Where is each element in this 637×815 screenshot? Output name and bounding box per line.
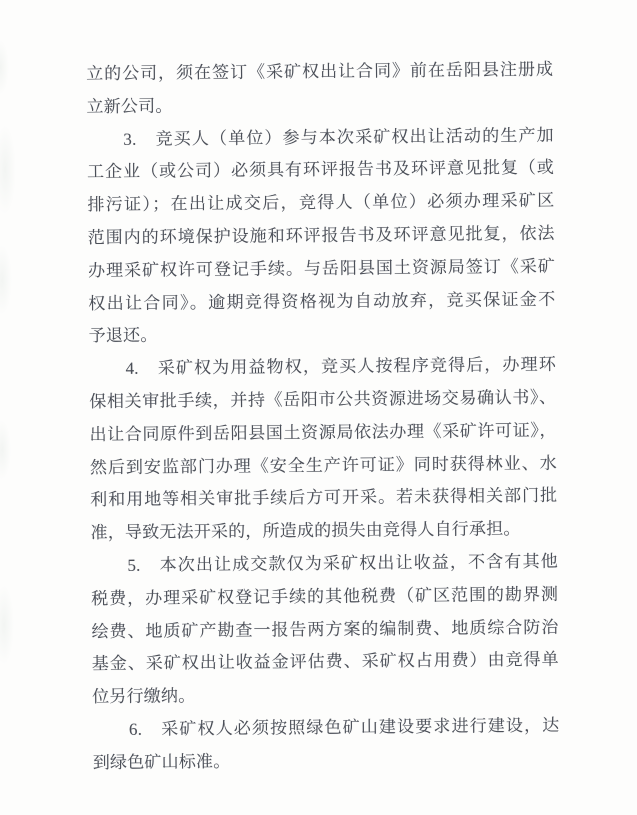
text-line: 4. 采矿权为用益物权，竞买人按程序竞得后，办理环 [89, 349, 556, 386]
scan-artifact [0, 420, 11, 480]
text-line: 3. 竞买人（单位）参与本次采矿权出让活动的生产加 [87, 119, 554, 156]
text-line: 然后到安监部门办理《安全生产许可证》同时获得林业、水 [90, 447, 557, 484]
document-text: 立的公司，须在签订《采矿权出让合同》前在岳阳县注册成立新公司。3. 竞买人（单位… [86, 54, 560, 780]
text-line: 出让合同原件到岳阳县国土资源局依法办理《采矿许可证》， [89, 415, 556, 452]
text-line: 到绿色矿山标准。 [93, 742, 560, 779]
scan-artifact [0, 125, 16, 215]
text-line: 6. 采矿权人必须按照绿色矿山建设要求进行建设，达 [92, 710, 559, 747]
text-line: 5. 本次出让成交款仅为采矿权出让收益，不含有其他 [91, 546, 558, 583]
text-line: 排污证）；在出让成交后，竞得人（单位）必须办理采矿区 [87, 185, 554, 222]
text-line: 范围内的环境保护设施和环评报告书及环评意见批复，依法 [88, 218, 555, 255]
text-line: 立的公司，须在签订《采矿权出让合同》前在岳阳县注册成 [86, 54, 553, 91]
text-line: 立新公司。 [86, 87, 553, 124]
document-page: 立的公司，须在签订《采矿权出让合同》前在岳阳县注册成立新公司。3. 竞买人（单位… [0, 0, 637, 815]
scan-artifact [0, 585, 14, 665]
text-line: 保相关审批手续，并持《岳阳市公共资源进场交易确认书》、 [89, 382, 556, 419]
text-line: 权出让合同》。逾期竞得资格视为自动放弃，竞买保证金不 [88, 283, 555, 320]
text-line: 办理采矿权许可登记手续。与岳阳县国土资源局签订《采矿 [88, 251, 555, 288]
text-line: 绘费、地质矿产勘查一报告两方案的编制费、地质综合防治 [91, 611, 558, 648]
scan-artifact [0, 245, 12, 315]
text-line: 准，导致无法开采的，所造成的损失由竞得人自行承担。 [90, 513, 557, 550]
text-line: 予退还。 [89, 316, 556, 353]
scan-artifact [0, 40, 9, 95]
text-line: 基金、采矿权出让收益金评估费、采矿权占用费）由竞得单 [92, 644, 559, 681]
text-line: 税费，办理采矿权登记手续的其他税费（矿区范围的勘界测 [91, 578, 558, 615]
text-line: 利和用地等相关审批手续后方可开采。若未获得相关部门批 [90, 480, 557, 517]
text-line: 工企业（或公司）必须具有环评报告书及环评意见批复（或 [87, 152, 554, 189]
text-line: 位另行缴纳。 [92, 677, 559, 714]
